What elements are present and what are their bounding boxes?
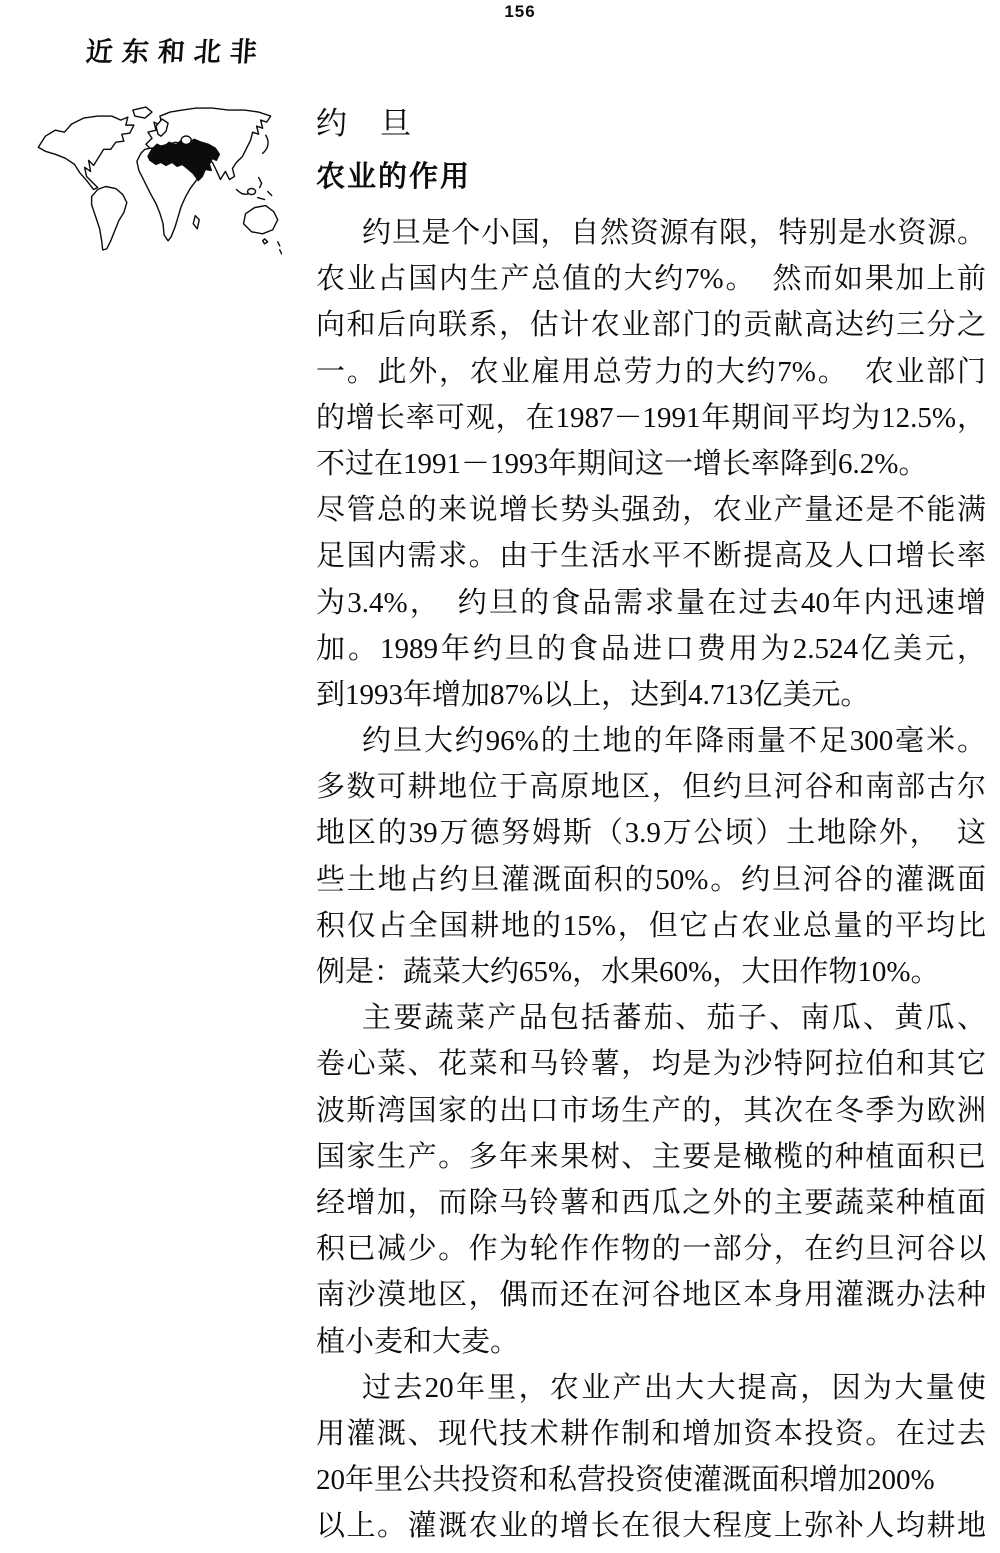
- map-black-sea: [181, 136, 191, 144]
- text-line: 地区的39万德努姆斯（3.9万公顷）土地除外， 这: [316, 810, 986, 856]
- map-tasmania: [263, 239, 268, 244]
- text-line: 约旦是个小国，自然资源有限，特别是水资源。: [316, 210, 986, 256]
- map-borneo: [248, 189, 256, 195]
- text-line: 尽管总的来说增长势头强劲，农业产量还是不能满: [316, 487, 986, 533]
- map-south-america: [92, 187, 127, 250]
- text-line: 南沙漠地区，偶而还在河谷地区本身用灌溉办法种: [316, 1272, 986, 1318]
- map-greenland: [133, 107, 152, 118]
- text-line: 的增长率可观，在1987－1991年期间平均为12.5%，: [316, 395, 986, 441]
- text-line: 主要蔬菜产品包括蕃茄、茄子、南瓜、黄瓜、: [316, 995, 986, 1041]
- text-line: 积已减少。作为轮作作物的一部分，在约旦河谷以: [316, 1226, 986, 1272]
- text-line: 卷心菜、花菜和马铃薯，均是为沙特阿拉伯和其它: [316, 1041, 986, 1087]
- world-map-graphic: [30, 103, 282, 269]
- text-line: 波斯湾国家的出口市场生产的，其次在冬季为欧洲: [316, 1088, 986, 1134]
- text-line: 为3.4%， 约旦的食品需求量在过去40年内迅速增: [316, 580, 986, 626]
- text-line: 以上。灌溉农业的增长在很大程度上弥补人均耕地: [316, 1503, 986, 1549]
- page-number: 156: [40, 2, 1000, 22]
- document-header: 近东和北非: [85, 30, 268, 69]
- map-north-america: [38, 116, 134, 189]
- text-line: 加。1989年约旦的食品进口费用为2.524亿美元，: [316, 626, 986, 672]
- map-japan: [263, 135, 268, 153]
- text-line: 约旦大约96%的土地的年降雨量不足300毫米。: [316, 718, 986, 764]
- body-text: 约旦是个小国，自然资源有限，特别是水资源。 农业占国内生产总值的大约7%。 然而…: [316, 210, 986, 1549]
- text-line: 些土地占约旦灌溉面积的50%。约旦河谷的灌溉面: [316, 857, 986, 903]
- text-line: 经增加，而除马铃薯和西瓜之外的主要蔬菜种植面: [316, 1180, 986, 1226]
- text-line: 积仅占全国耕地的15%，但它占农业总量的平均比: [316, 903, 986, 949]
- text-line: 用灌溉、现代技术耕作制和增加资本投资。在过去: [316, 1411, 986, 1457]
- text-line: 不过在1991－1993年期间这一增长率降到6.2%。: [316, 441, 986, 487]
- text-line: 多数可耕地位于高原地区，但约旦河谷和南部古尔: [316, 764, 986, 810]
- text-line: 过去20年里，农业产出大大提高，因为大量使: [316, 1365, 986, 1411]
- article-column: 约 旦 农业的作用 约旦是个小国，自然资源有限，特别是水资源。 农业占国内生产总…: [316, 105, 986, 1549]
- map-madagascar: [193, 216, 199, 229]
- text-line: 20年里公共投资和私营投资使灌溉面积增加200%: [316, 1457, 986, 1503]
- map-new-zealand: [278, 242, 282, 254]
- world-map-near-east-north-africa-icon: [30, 103, 282, 269]
- text-line: 植小麦和大麦。: [316, 1319, 986, 1365]
- map-australia: [244, 206, 278, 234]
- text-line: 向和后向联系，估计农业部门的贡献高达约三分之: [316, 302, 986, 348]
- text-line: 国家生产。多年来果树、主要是橄榄的种植面积已: [316, 1134, 986, 1180]
- text-line: 例是：蔬菜大约65%，水果60%，大田作物10%。: [316, 949, 986, 995]
- text-line: 足国内需求。由于生活水平不断提高及人口增长率: [316, 533, 986, 579]
- document-page: 156 近东和北非: [0, 0, 1000, 1553]
- text-line: 到1993年增加87%以上，达到4.713亿美元。: [316, 672, 986, 718]
- text-line: 农业占国内生产总值的大约7%。 然而如果加上前: [316, 256, 986, 302]
- section-heading: 农业的作用: [316, 159, 986, 195]
- text-line: 一。此外，农业雇用总劳力的大约7%。 农业部门: [316, 349, 986, 395]
- article-title: 约 旦: [316, 105, 986, 143]
